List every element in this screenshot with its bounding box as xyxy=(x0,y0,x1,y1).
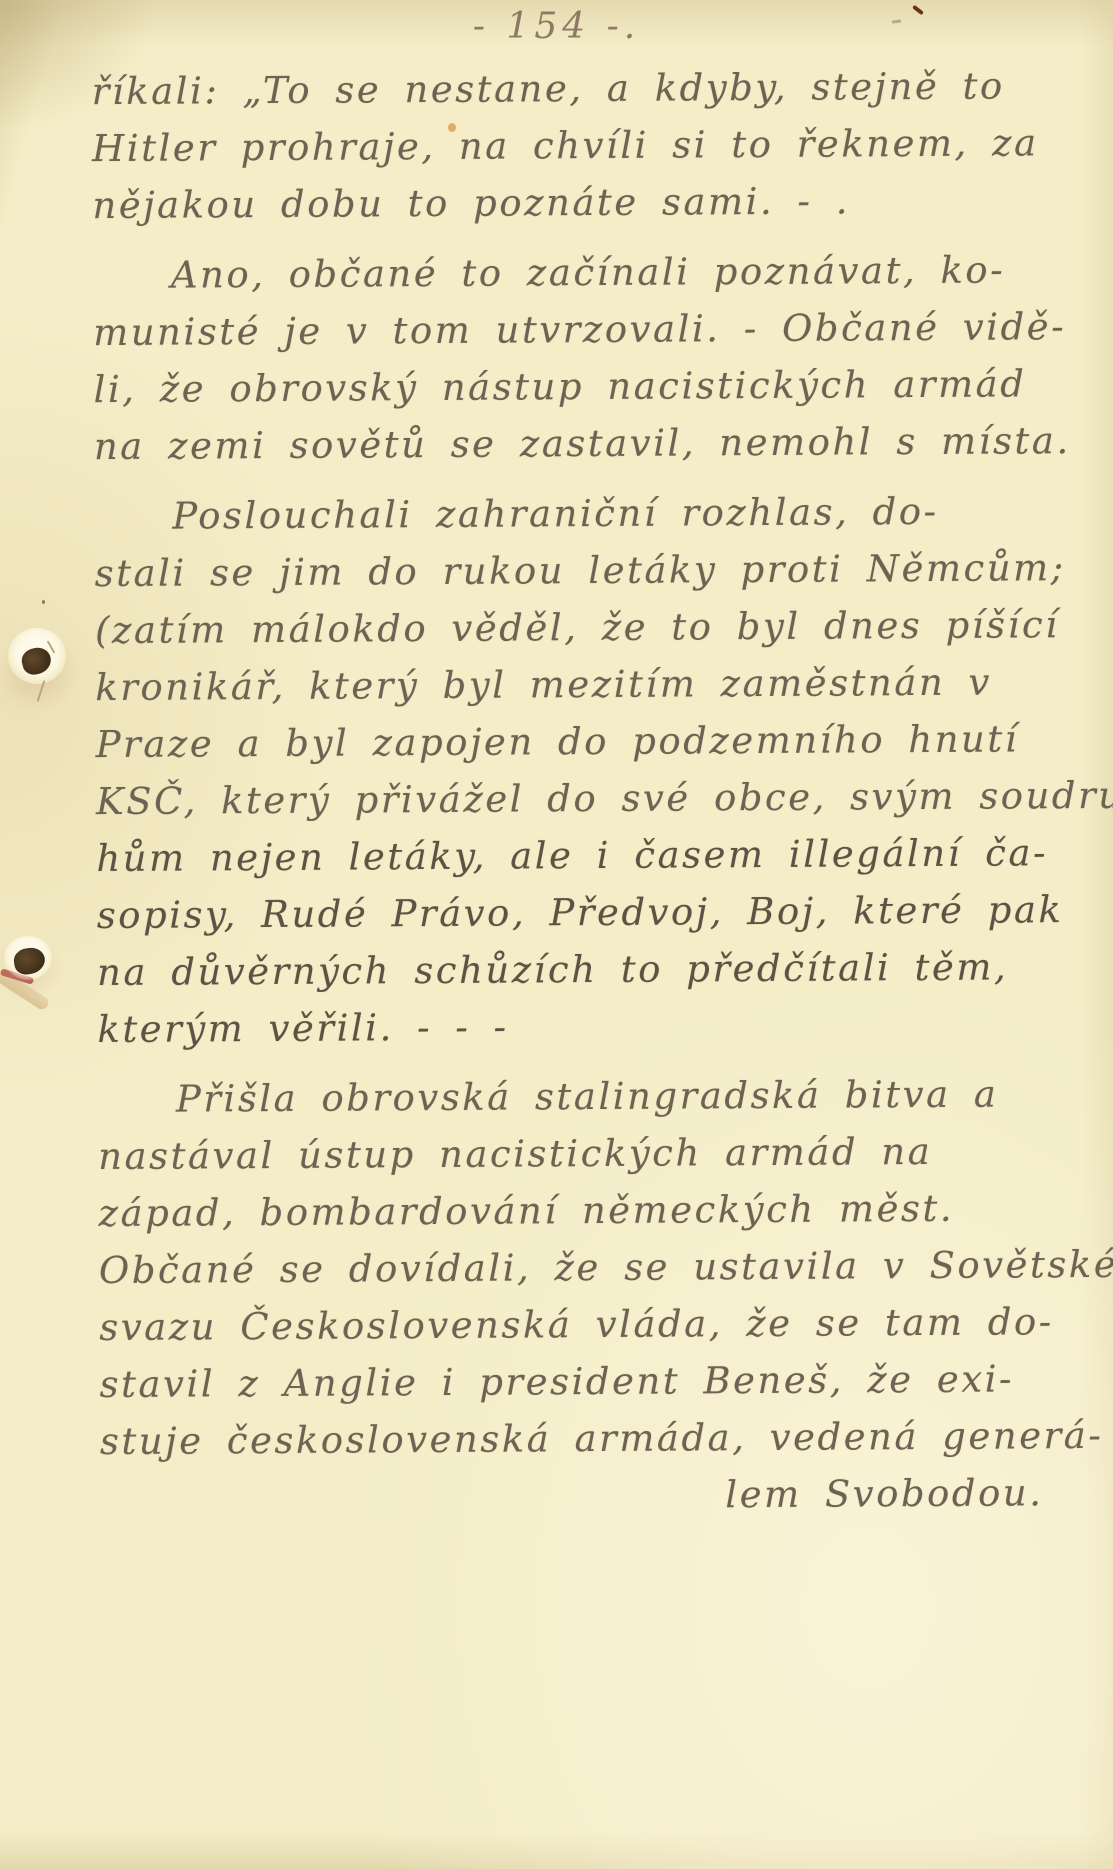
handwriting-line-signature: lem Svobodou. xyxy=(100,1464,1103,1527)
handwriting-line: Ano, občané to začínali poznávat, ko- xyxy=(93,241,1096,304)
handwriting-line: Přišla obrovská stalingradská bitva a xyxy=(98,1065,1101,1128)
handwriting-line: (zatím málokdo věděl, že to byl dnes píš… xyxy=(95,596,1098,659)
handwriting-line: munisté je v tom utvrzovali. - Občané vi… xyxy=(93,298,1096,361)
handwriting-line: západ, bombardování německých měst. xyxy=(98,1179,1101,1242)
handwriting-line: Praze a byl zapojen do podzemního hnutí xyxy=(96,710,1099,773)
handwriting-line: KSČ, který přivážel do své obce, svým so… xyxy=(96,767,1099,830)
handwriting-line: nějakou dobu to poznáte sami. - . xyxy=(92,171,1095,234)
handwriting-line: na důvěrných schůzích to předčítali těm, xyxy=(97,938,1100,1001)
rust-speck-icon xyxy=(448,123,456,132)
handwriting-line: Občané se dovídali, že se ustavila v Sov… xyxy=(99,1236,1102,1299)
page-number: - 154 -. xyxy=(0,6,1113,47)
scanned-page: { "document": { "page_number": "- 154 -.… xyxy=(0,0,1113,1869)
handwriting-line: kronikář, který byl mezitím zaměstnán v xyxy=(95,653,1098,716)
handwriting-line: říkali: „To se nestane, a kdyby, stejně … xyxy=(92,57,1095,120)
handwriting-line: na zemi sovětů se zastavil, nemohl s mís… xyxy=(94,412,1097,475)
handwriting-line: kterým věřili. - - - xyxy=(97,995,1100,1058)
handwriting-line: stavil z Anglie i president Beneš, že ex… xyxy=(99,1350,1102,1413)
handwriting-line: Hitler prohraje, na chvíli si to řeknem,… xyxy=(92,114,1095,177)
paper-speck-icon xyxy=(42,600,45,604)
handwriting-line: stali se jim do rukou letáky proti Němců… xyxy=(94,539,1097,602)
handwriting-line: nastával ústup nacistických armád na xyxy=(98,1122,1101,1185)
handwriting-line: hům nejen letáky, ale i časem illegální … xyxy=(96,824,1099,887)
handwriting-line: svazu Československá vláda, že se tam do… xyxy=(99,1293,1102,1356)
handwriting-line: Poslouchali zahraniční rozhlas, do- xyxy=(94,482,1097,545)
handwriting-line: li, že obrovský nástup nacistických armá… xyxy=(93,355,1096,418)
handwritten-text-block: říkali: „To se nestane, a kdyby, stejně … xyxy=(92,57,1104,1527)
handwriting-line: stuje československá armáda, vedená gene… xyxy=(100,1407,1103,1470)
handwriting-line: sopisy, Rudé Právo, Předvoj, Boj, které … xyxy=(97,881,1100,944)
